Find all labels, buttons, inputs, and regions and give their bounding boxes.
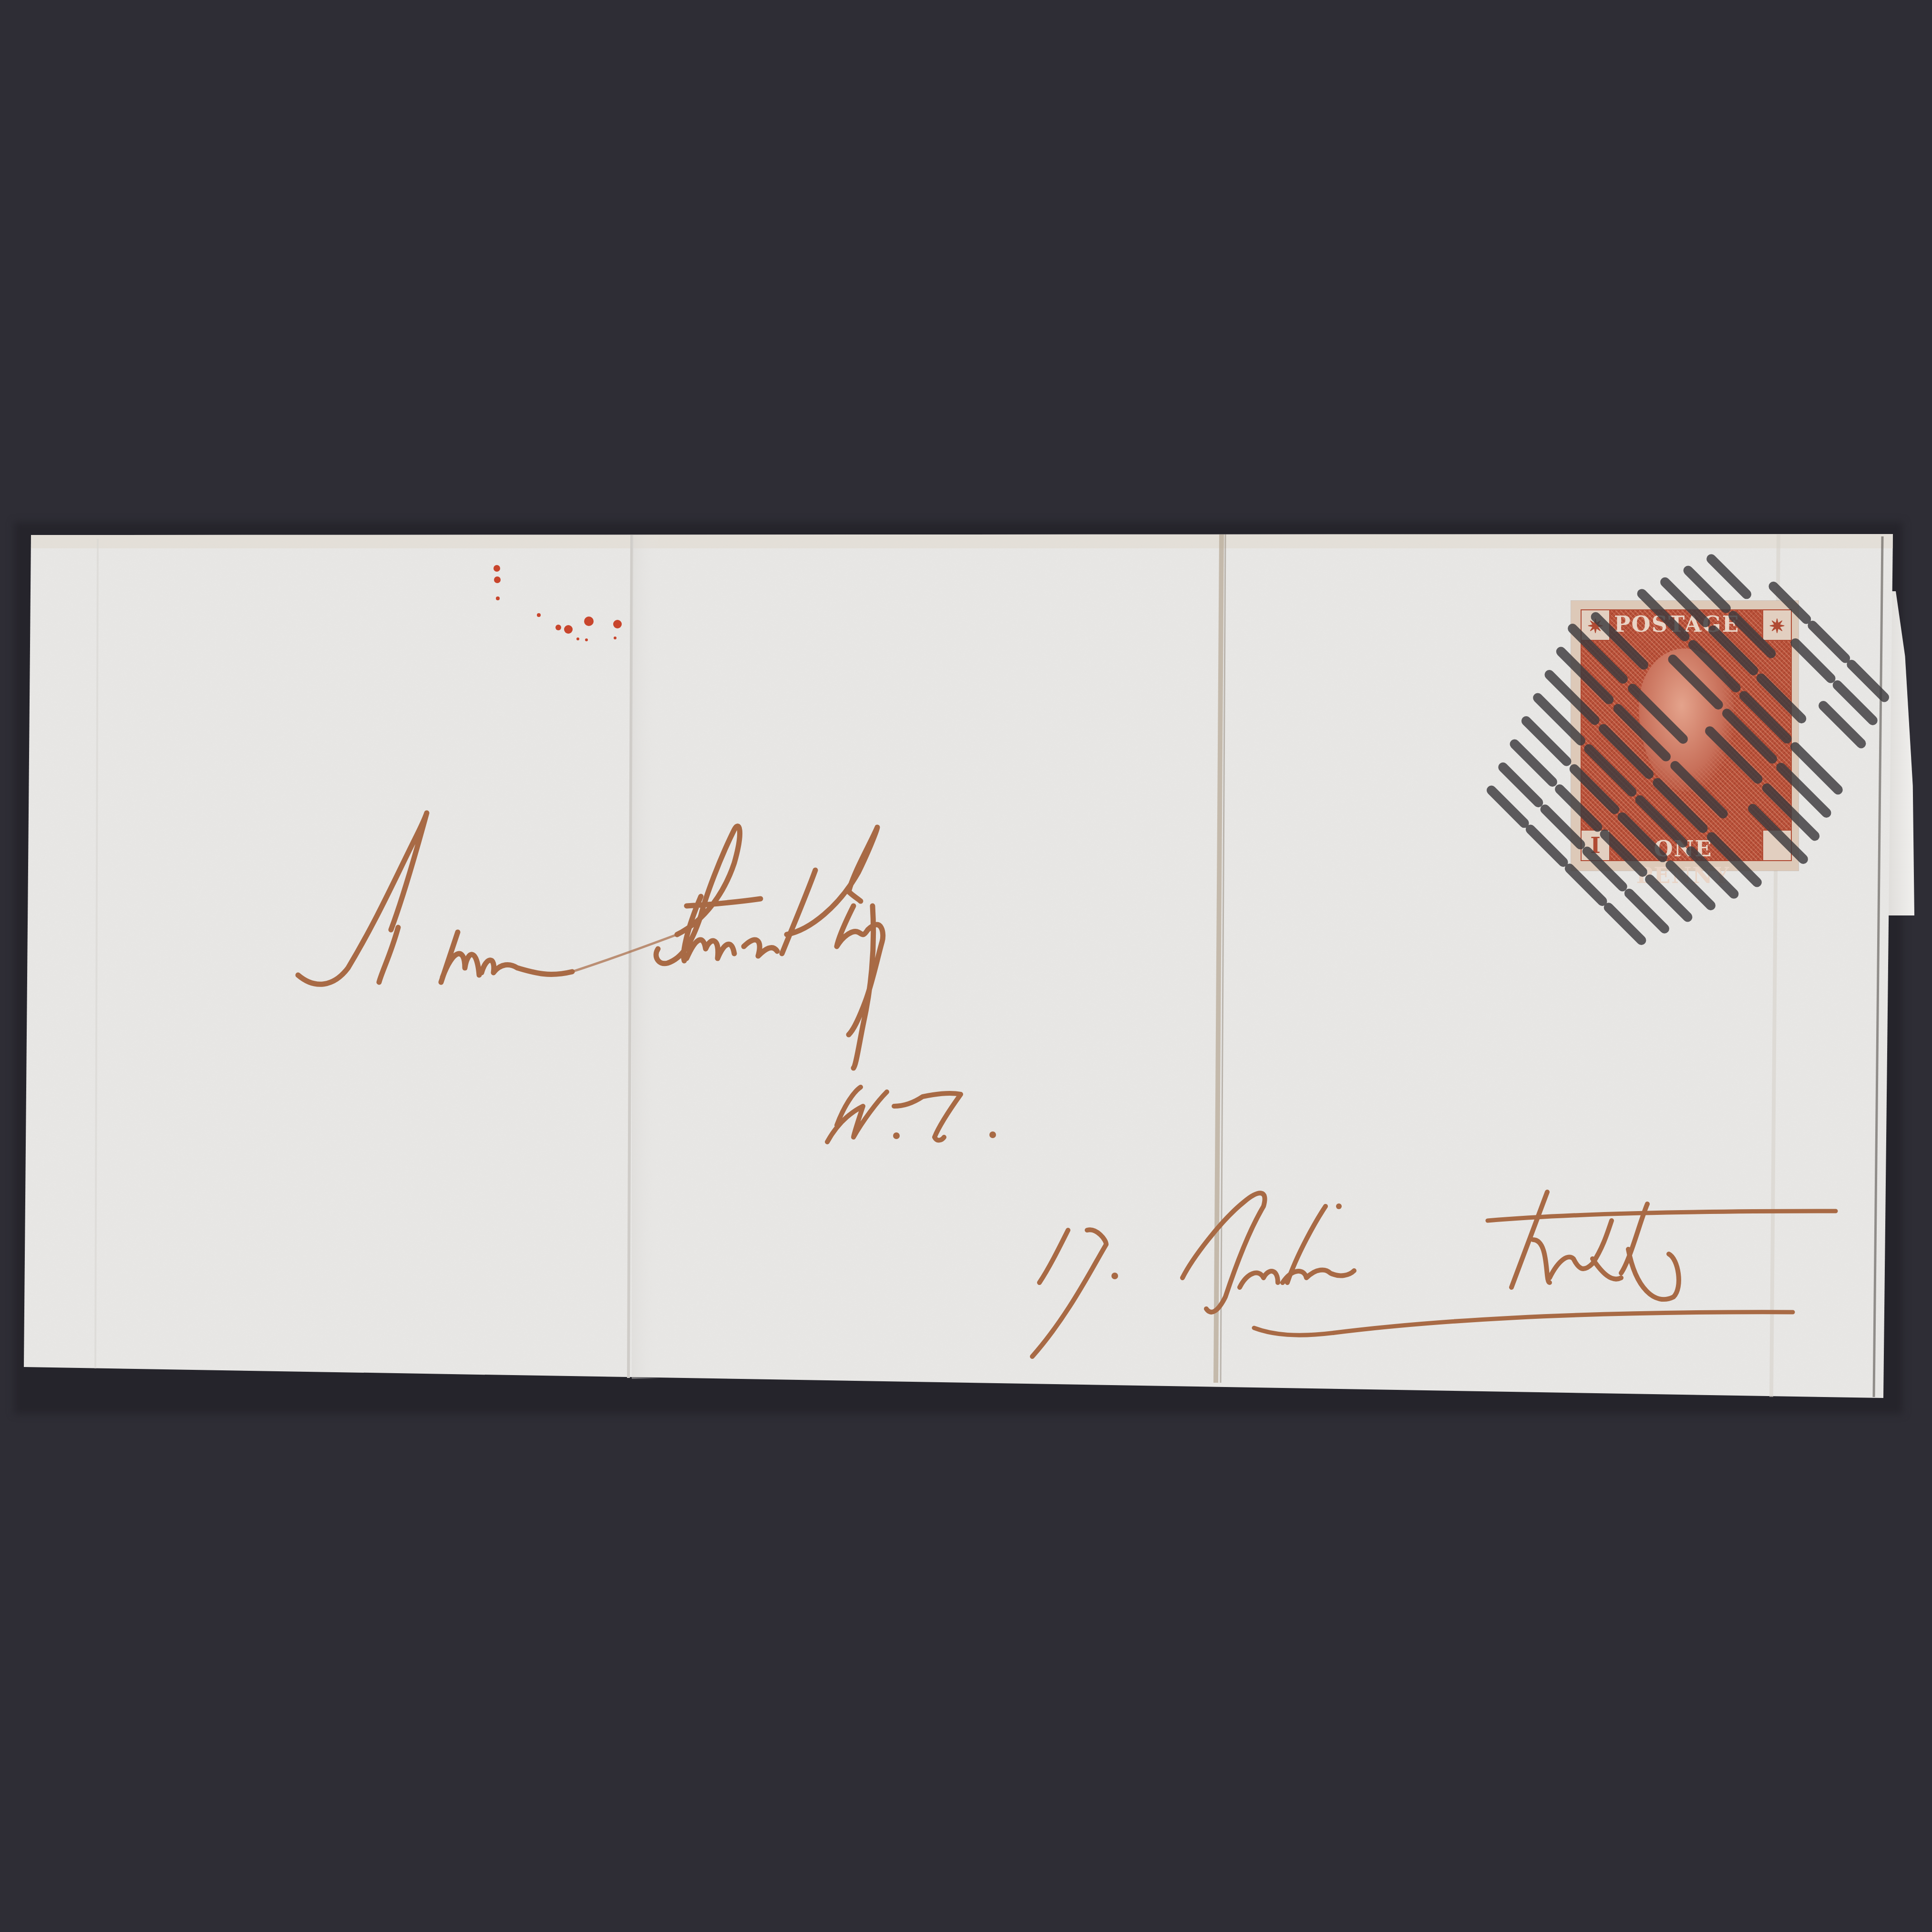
barred-cancellation [1491,559,1884,940]
address-line-1: James Stewart Esq [0,0,0,0]
address-line-3-ink [1032,1230,1106,1357]
address-line-1-ink [298,813,572,984]
ink-overlay [0,0,1932,1932]
letter-cover-photo: ✷ ✷ I POSTAGE ONE PENNY [0,0,1932,1932]
handwritten-address [298,813,1836,1357]
